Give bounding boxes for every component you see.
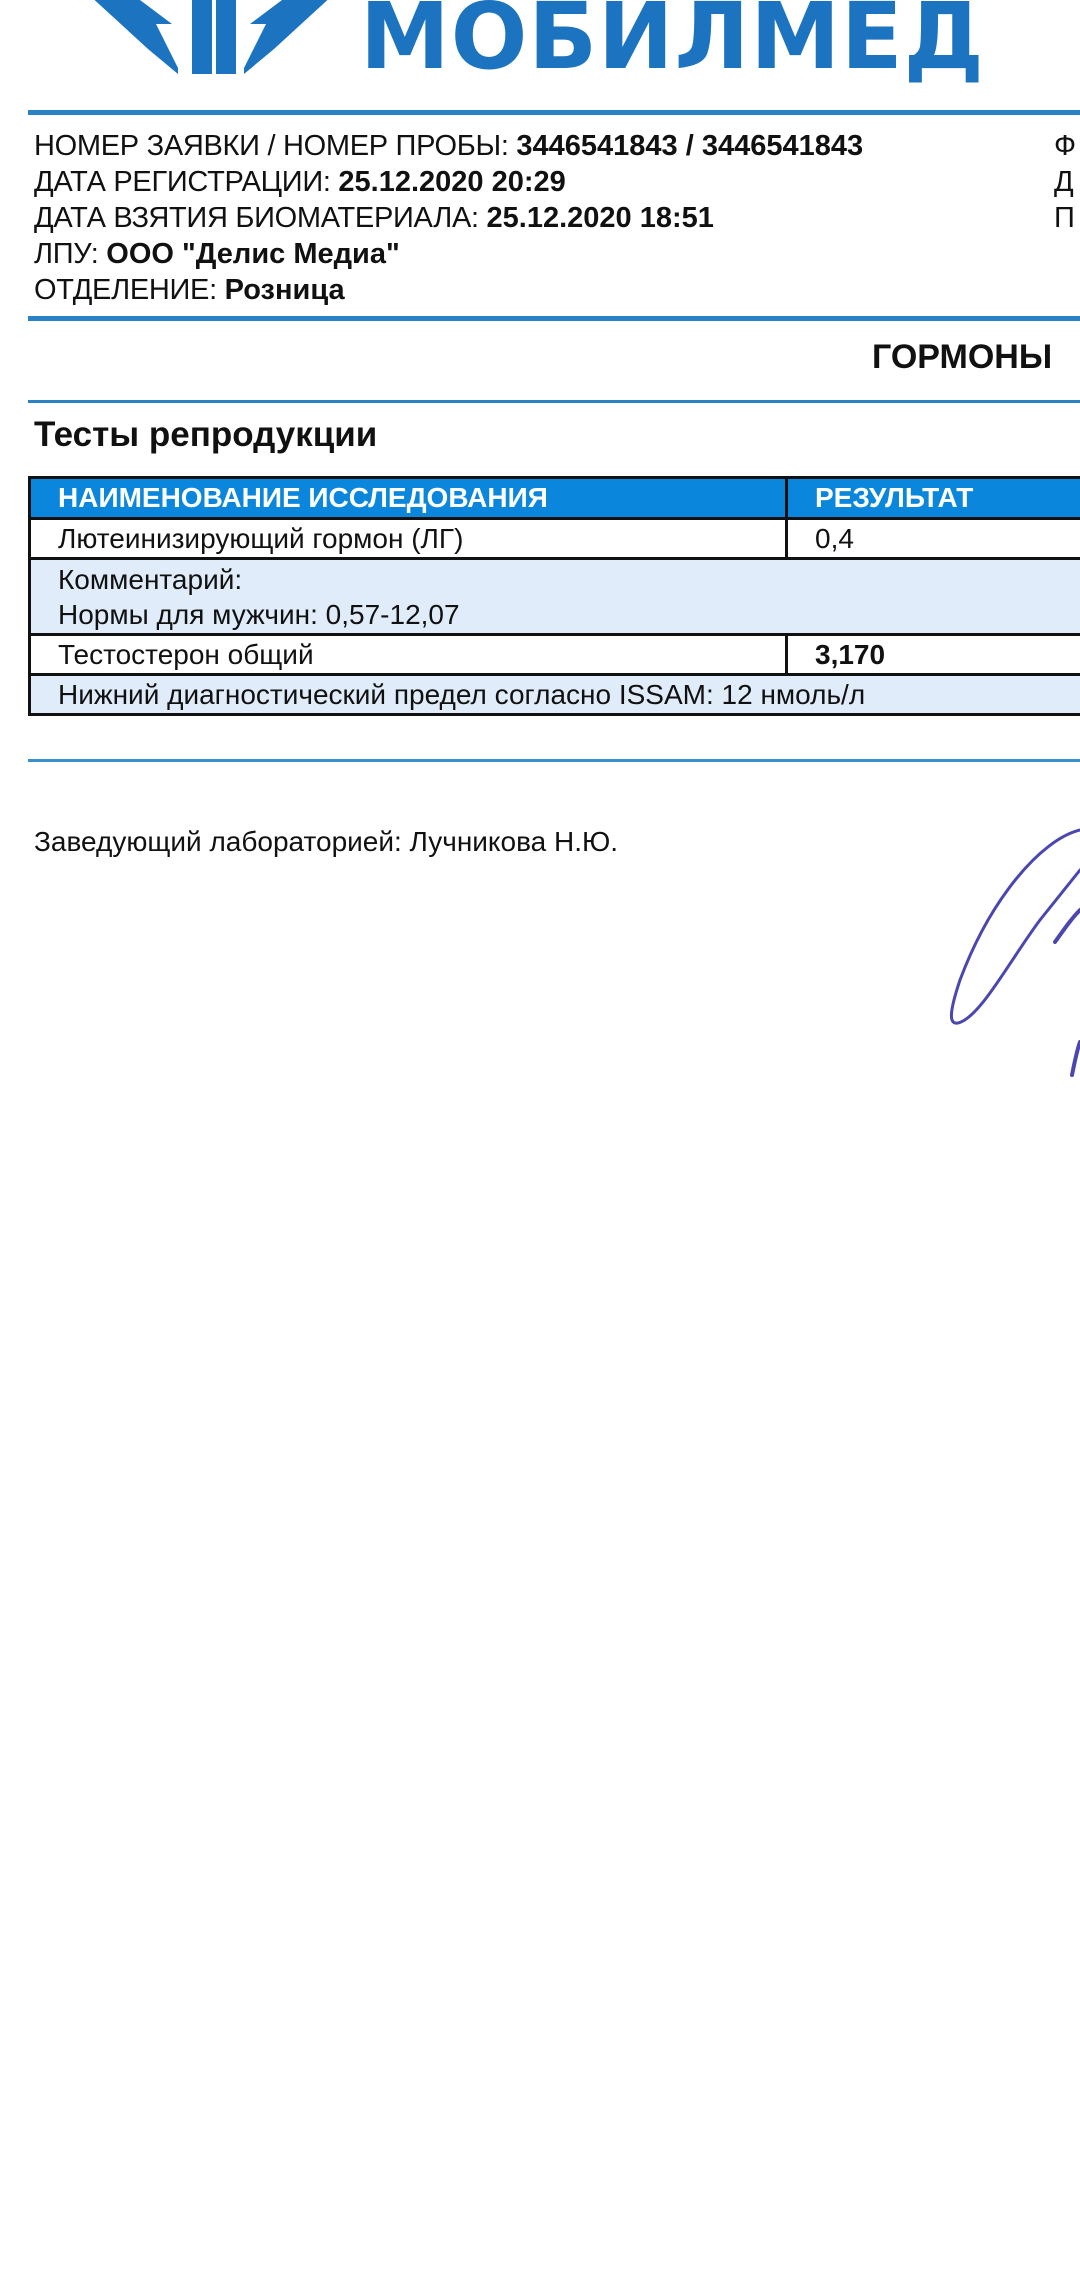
order-number-label: НОМЕР ЗАЯВКИ / НОМЕР ПРОБЫ: — [34, 130, 516, 162]
clipped-line-3: П — [1054, 200, 1076, 236]
subsection-title: Тесты репродукции — [34, 415, 377, 455]
sample-date-label: ДАТА ВЗЯТИЯ БИОМАТЕРИАЛА: — [34, 202, 487, 234]
patient-info-clipped: Ф Д П — [1054, 128, 1076, 236]
table-bottom-divider — [28, 759, 1080, 762]
clinic-row: ЛПУ: ООО "Делис Медиа" — [34, 236, 863, 272]
test-name: Лютеинизирующий гормон (ЛГ) — [30, 519, 787, 559]
test-result: 0,4 — [787, 519, 1080, 559]
table-header: НАИМЕНОВАНИЕ ИССЛЕДОВАНИЯ РЕЗУЛЬТАТ — [30, 478, 1080, 519]
comment-cell: Комментарий: Нормы для мужчин: 0,57-12,0… — [30, 559, 1080, 635]
info-divider — [28, 316, 1080, 321]
order-info: НОМЕР ЗАЯВКИ / НОМЕР ПРОБЫ: 3446541843 /… — [34, 128, 863, 308]
reference-range: Нормы для мужчин: 0,57-12,07 — [58, 597, 1080, 632]
section-divider — [28, 400, 1080, 403]
table-comment-row: Комментарий: Нормы для мужчин: 0,57-12,0… — [30, 559, 1080, 635]
mobilmed-emblem-icon — [88, 0, 334, 82]
handwritten-signature-icon — [920, 810, 1080, 1080]
order-number-row: НОМЕР ЗАЯВКИ / НОМЕР ПРОБЫ: 3446541843 /… — [34, 128, 863, 164]
table-row: Тестостерон общий 3,170 — [30, 635, 1080, 675]
registration-date-row: ДАТА РЕГИСТРАЦИИ: 25.12.2020 20:29 — [34, 164, 863, 200]
clipped-line-2: Д — [1054, 164, 1076, 200]
comment-cell: Нижний диагностический предел согласно I… — [30, 675, 1080, 715]
clinic-value: ООО "Делис Медиа" — [106, 238, 399, 270]
comment-label: Комментарий: — [58, 562, 1080, 597]
department-value: Розница — [225, 274, 345, 306]
clinic-label: ЛПУ: — [34, 238, 106, 270]
sample-date-value: 25.12.2020 18:51 — [487, 202, 714, 234]
header-divider — [28, 110, 1080, 115]
section-title: ГОРМОНЫ — [872, 338, 1052, 377]
order-number-value: 3446541843 / 3446541843 — [516, 130, 863, 162]
department-label: ОТДЕЛЕНИЕ: — [34, 274, 225, 306]
registration-date-value: 25.12.2020 20:29 — [338, 166, 565, 198]
test-name: Тестостерон общий — [30, 635, 787, 675]
lab-head-signer: Заведующий лабораторией: Лучникова Н.Ю. — [34, 826, 618, 858]
clipped-line-1: Ф — [1054, 128, 1076, 164]
registration-date-label: ДАТА РЕГИСТРАЦИИ: — [34, 166, 338, 198]
column-header-result: РЕЗУЛЬТАТ — [787, 478, 1080, 519]
results-table: НАИМЕНОВАНИЕ ИССЛЕДОВАНИЯ РЕЗУЛЬТАТ Люте… — [28, 476, 1080, 716]
table-comment-row: Нижний диагностический предел согласно I… — [30, 675, 1080, 715]
brand-wordmark: МОБИЛМЕД — [360, 0, 985, 92]
department-row: ОТДЕЛЕНИЕ: Розница — [34, 272, 863, 308]
table-row: Лютеинизирующий гормон (ЛГ) 0,4 — [30, 519, 1080, 559]
test-result: 3,170 — [787, 635, 1080, 675]
sample-date-row: ДАТА ВЗЯТИЯ БИОМАТЕРИАЛА: 25.12.2020 18:… — [34, 200, 863, 236]
column-header-test-name: НАИМЕНОВАНИЕ ИССЛЕДОВАНИЯ — [30, 478, 787, 519]
